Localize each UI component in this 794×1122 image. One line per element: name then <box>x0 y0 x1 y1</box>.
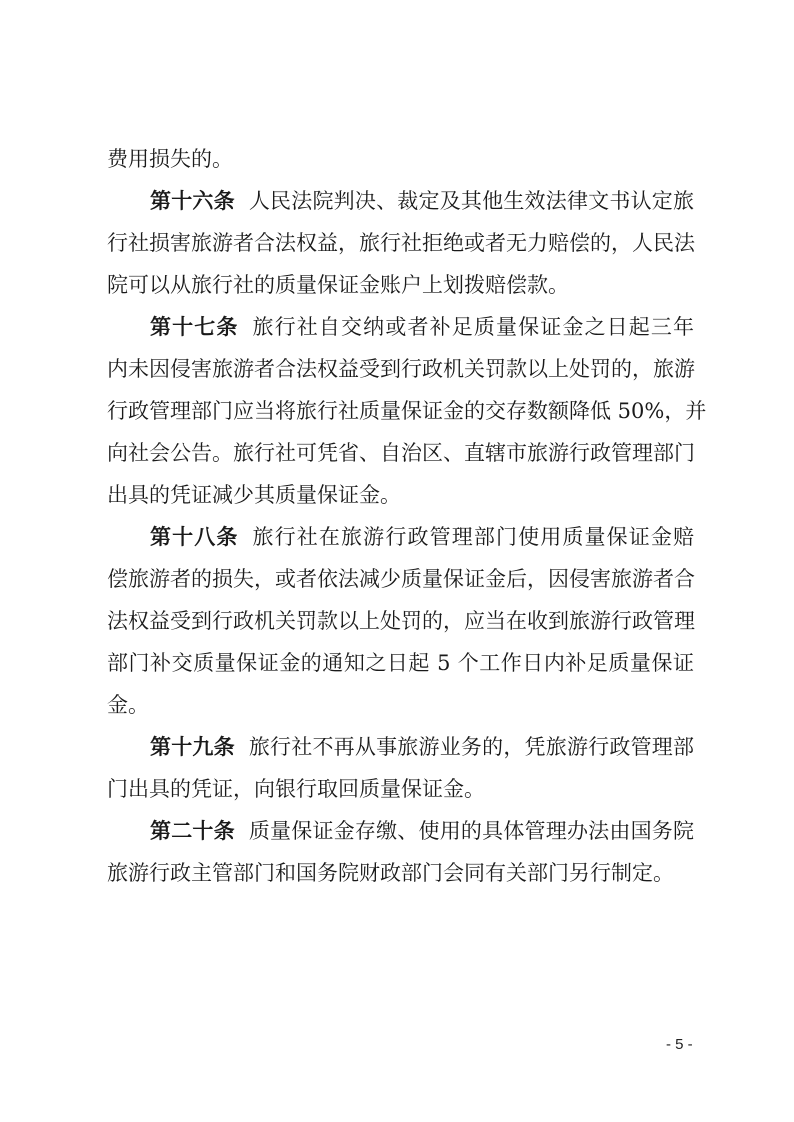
article-16-first-line: 第十六条人民法院判决、裁定及其他生效法律文书认定旅 <box>107 180 694 222</box>
text-line: 旅游行政主管部门和国务院财政部门会同有关部门另行制定。 <box>107 852 694 894</box>
text-line: 内未因侵害旅游者合法权益受到行政机关罚款以上处罚的，旅游 <box>107 348 694 390</box>
text-line: 行政管理部门应当将旅行社质量保证金的交存数额降低 50%，并 <box>107 390 694 432</box>
article-18-first-line: 第十八条旅行社在旅游行政管理部门使用质量保证金赔 <box>107 516 694 558</box>
text-span: 旅行社不再从事旅游业务的，凭旅游行政管理部 <box>249 735 694 759</box>
article-heading: 第十六条 <box>150 189 235 213</box>
text-span: 人民法院判决、裁定及其他生效法律文书认定旅 <box>249 189 694 213</box>
article-heading: 第二十条 <box>150 819 235 843</box>
text-span: 质量保证金存缴、使用的具体管理办法由国务院 <box>249 819 694 843</box>
text-line: 金。 <box>107 684 694 726</box>
text-line: 费用损失的。 <box>107 138 694 180</box>
text-line: 偿旅游者的损失，或者依法减少质量保证金后，因侵害旅游者合 <box>107 558 694 600</box>
text-span: 旅行社在旅游行政管理部门使用质量保证金赔 <box>253 525 694 549</box>
article-19-first-line: 第十九条旅行社不再从事旅游业务的，凭旅游行政管理部 <box>107 726 694 768</box>
text-line: 行社损害旅游者合法权益，旅行社拒绝或者无力赔偿的，人民法 <box>107 222 694 264</box>
text-line: 法权益受到行政机关罚款以上处罚的，应当在收到旅游行政管理 <box>107 600 694 642</box>
page-number: - 5 - <box>666 1036 693 1053</box>
text-line: 门出具的凭证，向银行取回质量保证金。 <box>107 768 694 810</box>
article-heading: 第十七条 <box>150 315 239 339</box>
text-line: 部门补交质量保证金的通知之日起 5 个工作日内补足质量保证 <box>107 642 694 684</box>
text-line: 出具的凭证减少其质量保证金。 <box>107 474 694 516</box>
article-heading: 第十八条 <box>150 525 239 549</box>
article-17-first-line: 第十七条旅行社自交纳或者补足质量保证金之日起三年 <box>107 306 694 348</box>
article-20-first-line: 第二十条质量保证金存缴、使用的具体管理办法由国务院 <box>107 810 694 852</box>
article-heading: 第十九条 <box>150 735 235 759</box>
text-line: 向社会公告。旅行社可凭省、自治区、直辖市旅游行政管理部门 <box>107 432 694 474</box>
text-span: 旅行社自交纳或者补足质量保证金之日起三年 <box>253 315 694 339</box>
text-line: 院可以从旅行社的质量保证金账户上划拨赔偿款。 <box>107 264 694 306</box>
document-body: 费用损失的。 第十六条人民法院判决、裁定及其他生效法律文书认定旅 行社损害旅游者… <box>107 138 694 894</box>
